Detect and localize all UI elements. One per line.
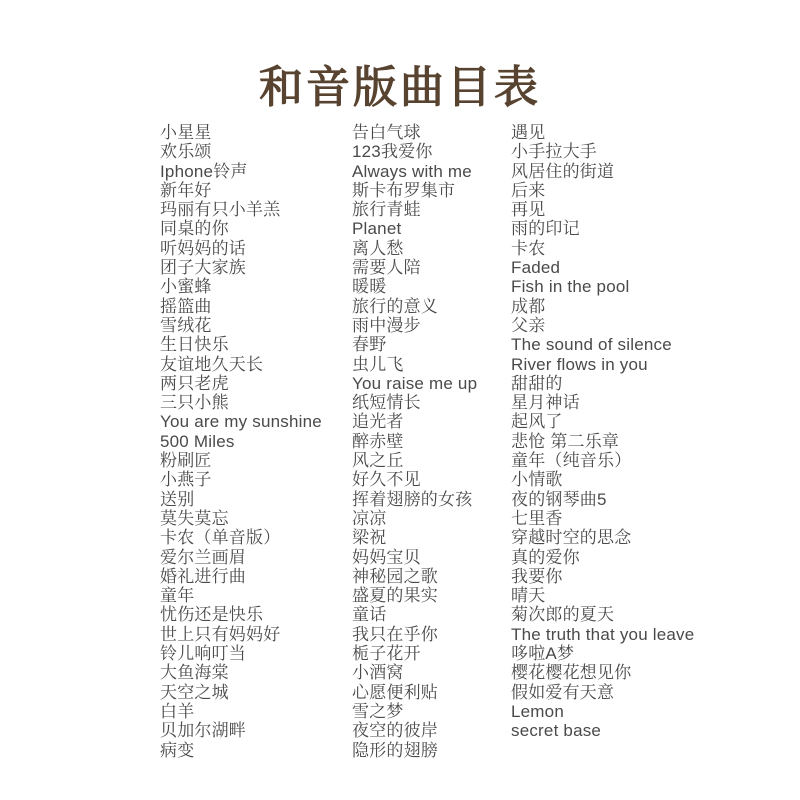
song-item: 三只小熊 (160, 393, 322, 412)
song-item: 暖暖 (352, 277, 477, 296)
song-item: River flows in you (511, 355, 694, 374)
song-item: The sound of silence (511, 335, 694, 354)
song-item: 小燕子 (160, 470, 322, 489)
song-item: 七里香 (511, 509, 694, 528)
song-item: 风居住的街道 (511, 162, 694, 181)
song-item: 忧伤还是快乐 (160, 605, 322, 624)
song-item: 夜的钢琴曲5 (511, 490, 694, 509)
song-item: 我要你 (511, 567, 694, 586)
song-item: 粉刷匠 (160, 451, 322, 470)
song-item: 小情歌 (511, 470, 694, 489)
song-item: 两只老虎 (160, 374, 322, 393)
song-item: 纸短情长 (352, 393, 477, 412)
song-item: 梁祝 (352, 528, 477, 547)
song-item: Faded (511, 258, 694, 277)
song-item: 欢乐颂 (160, 142, 322, 161)
song-item: 哆啦A梦 (511, 644, 694, 663)
song-item: 栀子花开 (352, 644, 477, 663)
song-list-page: 和音版曲目表 小星星欢乐颂Iphone铃声新年好玛丽有只小羊羔同桌的你听妈妈的话… (0, 0, 800, 800)
song-item: Lemon (511, 702, 694, 721)
song-item: 穿越时空的思念 (511, 528, 694, 547)
song-item: 卡农（单音版） (160, 528, 322, 547)
song-item: 团子大家族 (160, 258, 322, 277)
song-item: 遇见 (511, 123, 694, 142)
song-item: 星月神话 (511, 393, 694, 412)
song-item: 爱尔兰画眉 (160, 548, 322, 567)
song-item: Planet (352, 219, 477, 238)
song-item: 斯卡布罗集市 (352, 181, 477, 200)
song-item: 甜甜的 (511, 374, 694, 393)
song-item: secret base (511, 721, 694, 740)
song-item: 铃儿响叮当 (160, 644, 322, 663)
song-item: 小手拉大手 (511, 142, 694, 161)
song-item: 悲怆 第二乐章 (511, 432, 694, 451)
song-item: 123我爱你 (352, 142, 477, 161)
song-item: 童年（纯音乐） (511, 451, 694, 470)
song-item: 小星星 (160, 123, 322, 142)
song-item: 旅行的意义 (352, 297, 477, 316)
song-item: 大鱼海棠 (160, 663, 322, 682)
song-item: 再见 (511, 200, 694, 219)
song-item: 听妈妈的话 (160, 239, 322, 258)
song-item: 樱花樱花想见你 (511, 663, 694, 682)
song-column-2: 告白气球123我爱你Always with me斯卡布罗集市旅行青蛙Planet… (352, 123, 477, 760)
song-item: 虫儿飞 (352, 355, 477, 374)
song-item: 好久不见 (352, 470, 477, 489)
song-item: 摇篮曲 (160, 297, 322, 316)
song-item: 神秘园之歌 (352, 567, 477, 586)
song-item: 凉凉 (352, 509, 477, 528)
song-item: 卡农 (511, 239, 694, 258)
song-item: 雨的印记 (511, 219, 694, 238)
song-item: 挥着翅膀的女孩 (352, 490, 477, 509)
song-item: Iphone铃声 (160, 162, 322, 181)
song-item: You are my sunshine (160, 412, 322, 431)
song-item: 友谊地久天长 (160, 355, 322, 374)
song-item: 隐形的翅膀 (352, 741, 477, 760)
song-item: 盛夏的果实 (352, 586, 477, 605)
song-item: The truth that you leave (511, 625, 694, 644)
song-item: 天空之城 (160, 683, 322, 702)
song-item: Fish in the pool (511, 277, 694, 296)
song-item: 风之丘 (352, 451, 477, 470)
song-item: 婚礼进行曲 (160, 567, 322, 586)
song-item: Always with me (352, 162, 477, 181)
song-item: 起风了 (511, 412, 694, 431)
song-item: 后来 (511, 181, 694, 200)
song-item: 菊次郎的夏天 (511, 605, 694, 624)
song-item: 童话 (352, 605, 477, 624)
song-item: 告白气球 (352, 123, 477, 142)
song-item: 雨中漫步 (352, 316, 477, 335)
song-item: 旅行青蛙 (352, 200, 477, 219)
song-item: 成都 (511, 297, 694, 316)
song-item: 夜空的彼岸 (352, 721, 477, 740)
song-item: 我只在乎你 (352, 625, 477, 644)
song-item: 离人愁 (352, 239, 477, 258)
song-item: 追光者 (352, 412, 477, 431)
song-item: 小蜜蜂 (160, 277, 322, 296)
song-item: 春野 (352, 335, 477, 354)
song-item: 雪之梦 (352, 702, 477, 721)
song-item: 玛丽有只小羊羔 (160, 200, 322, 219)
song-item: 莫失莫忘 (160, 509, 322, 528)
song-item: 生日快乐 (160, 335, 322, 354)
song-item: 假如爱有天意 (511, 683, 694, 702)
song-column-1: 小星星欢乐颂Iphone铃声新年好玛丽有只小羊羔同桌的你听妈妈的话团子大家族小蜜… (160, 123, 322, 760)
song-item: 妈妈宝贝 (352, 548, 477, 567)
song-item: You raise me up (352, 374, 477, 393)
song-item: 白羊 (160, 702, 322, 721)
song-item: 晴天 (511, 586, 694, 605)
song-item: 真的爱你 (511, 548, 694, 567)
song-item: 需要人陪 (352, 258, 477, 277)
song-column-3: 遇见小手拉大手风居住的街道后来再见雨的印记卡农FadedFish in the … (511, 123, 694, 741)
song-item: 醉赤壁 (352, 432, 477, 451)
song-item: 小酒窝 (352, 663, 477, 682)
song-item: 父亲 (511, 316, 694, 335)
song-item: 心愿便利贴 (352, 683, 477, 702)
page-title: 和音版曲目表 (0, 51, 800, 115)
song-item: 送别 (160, 490, 322, 509)
song-item: 童年 (160, 586, 322, 605)
song-item: 贝加尔湖畔 (160, 721, 322, 740)
song-item: 病变 (160, 741, 322, 760)
song-item: 新年好 (160, 181, 322, 200)
song-item: 雪绒花 (160, 316, 322, 335)
song-item: 500 Miles (160, 432, 322, 451)
song-item: 同桌的你 (160, 219, 322, 238)
song-item: 世上只有妈妈好 (160, 625, 322, 644)
